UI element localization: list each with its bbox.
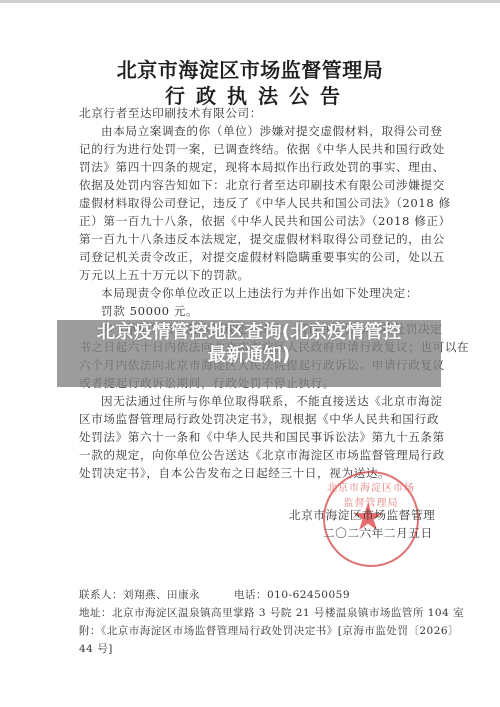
attachment-line: 附：《北京市海淀区市场监督管理局行政处罚决定书》[京海市监处罚〔2026〕: [79, 623, 459, 638]
headline-line-1: 北京疫情管控地区查询(北京疫情管控: [57, 321, 441, 344]
body-line: 一款的规定，向你单位公告送达《北京市海淀区市场监督管理局行政: [79, 448, 445, 462]
body-line: 因无法通过住所与你单位取得联系，不能直接送达《北京市海淀: [101, 394, 442, 408]
body-line: 正）第一百九十八条，依据《中华人民共和国公司法》（2018 修正）: [79, 214, 451, 228]
body-line: 司登记机关责令改正，对提交虚假材料隐瞒重要事实的公司，处以五: [79, 250, 445, 264]
address: 地址：北京市海淀区温泉镇高里掌路 3 号院 21 号楼温泉镇市场监管所 104 …: [79, 605, 464, 620]
contact-person: 联系人：刘翔燕、田康永: [79, 587, 200, 602]
body-line: 万元以上五十万元以下的罚款。: [79, 268, 250, 282]
contact-phone: 电话：010-62450059: [234, 587, 350, 602]
addressee: 北京行者至达印刷技术有限公司：: [79, 106, 262, 120]
decision-intro: 本局现责令你单位改正以上违法行为并作出如下处理决定：: [101, 286, 418, 300]
signature-date: 二〇二六年二月五日: [323, 525, 433, 541]
headline-overlay-title[interactable]: 北京疫情管控地区查询(北京疫情管控 最新通知): [57, 321, 441, 367]
fine-amount: 罚款 50000 元。: [101, 304, 198, 318]
body-line: 处罚决定书》，自本公告发布之日起经三十日，视为送达。: [79, 466, 390, 480]
body-line: 处罚法》第六十一条和《中华人民共和国民事诉讼法》第九十五条第: [79, 430, 445, 444]
body-line: 区市场监督管理局行政处罚决定书》，现根据《中华人民共和国行政: [79, 412, 439, 426]
document-type-title: 行政执法公告: [0, 80, 500, 109]
headline-line-2: 最新通知): [57, 344, 441, 367]
body-line: 虚假材料取得公司登记，违反了《中华人民共和国公司法》（2018 修: [79, 196, 451, 210]
attachment-number: 44 号]: [79, 641, 113, 656]
body-line: 由本局立案调查的你（单位）涉嫌对提交虚假材料，取得公司登: [101, 124, 442, 138]
body-line: 依据及处罚内容告知如下：北京行者至达印刷技术有限公司涉嫌提交: [79, 178, 445, 192]
body-line: 罚法》第四十四条的规定，现将本局拟作出行政处罚的事实、理由、: [79, 160, 445, 174]
signature-org: 北京市海淀区市场监督管理: [289, 507, 435, 523]
body-line: 记的行为进行处罚一案，已调查终结。依据《中华人民共和国行政处: [79, 142, 445, 156]
issuer-title: 北京市海淀区市场监督管理局: [0, 54, 500, 83]
body-line: 第一百九十八条违反本法规定，提交虚假材料取得公司登记的，由公: [79, 232, 445, 246]
